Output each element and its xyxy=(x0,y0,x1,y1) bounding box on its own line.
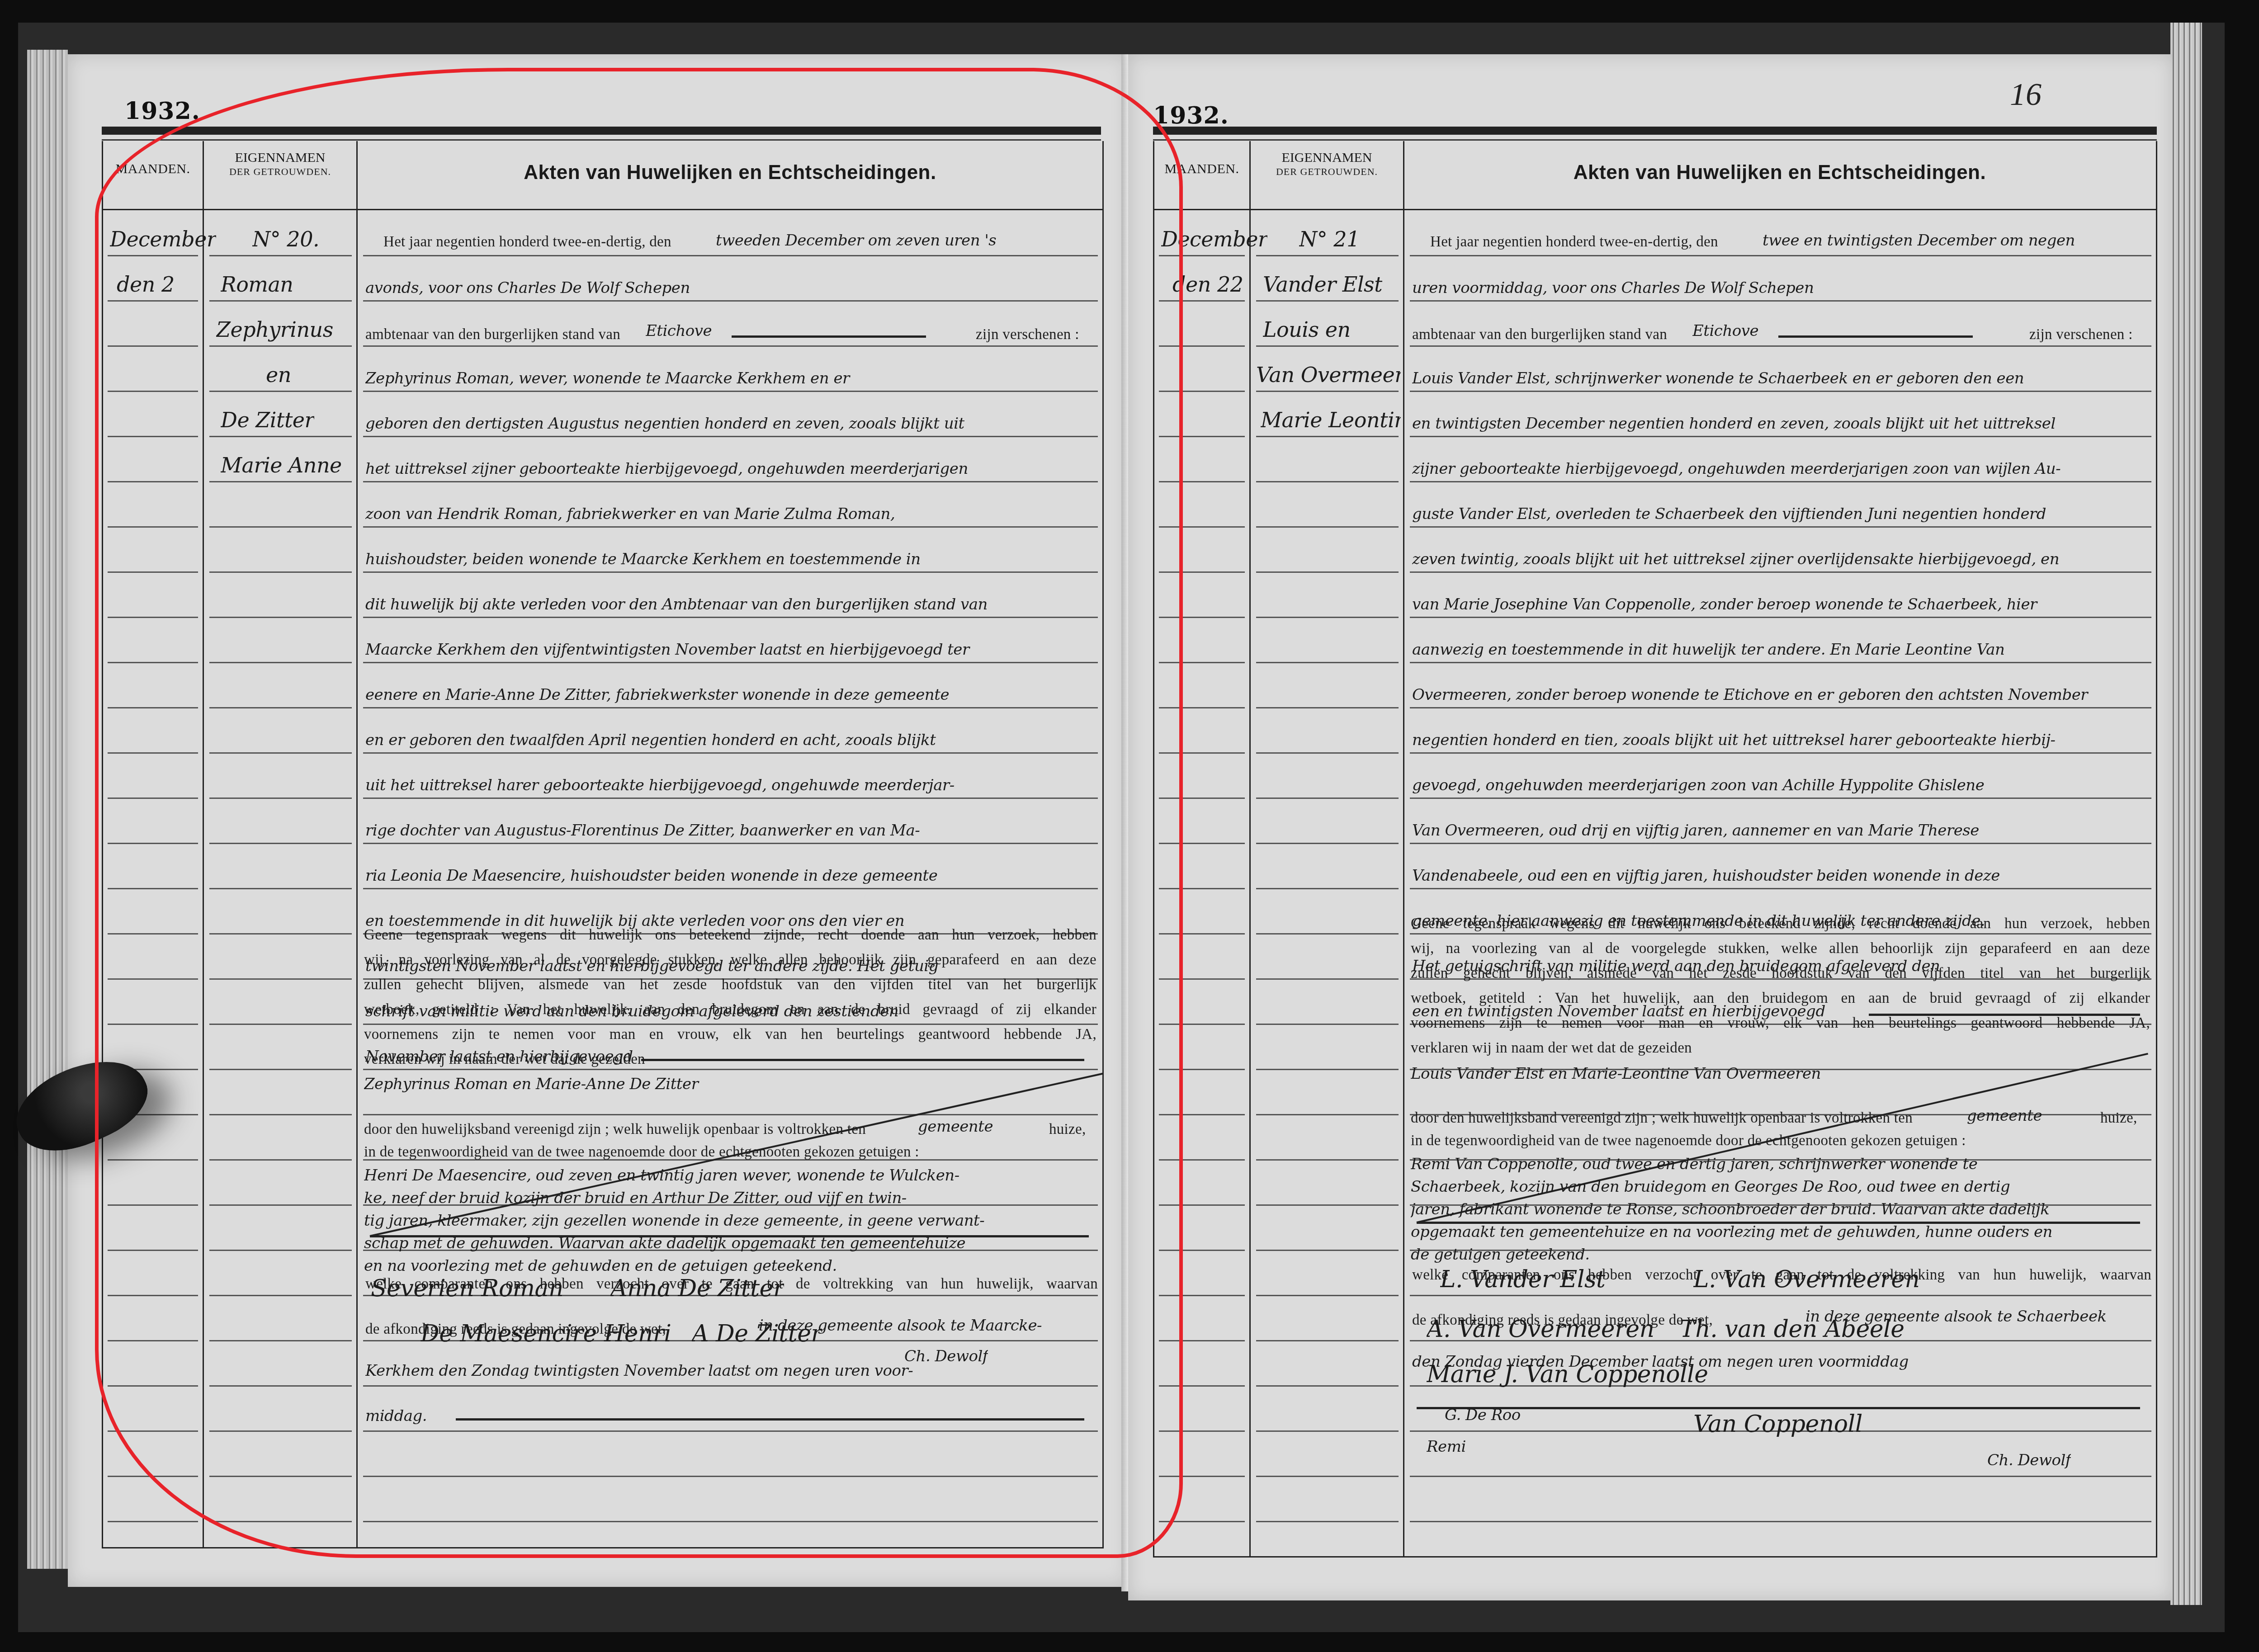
act-opening-text: Het jaar negentien honderd twee-en-derti… xyxy=(1430,234,1718,250)
header-title: Akten van Huwelijken en Echtscheidingen. xyxy=(1404,161,2155,184)
witness-hand: Henri De Maesencire, oud zeven en twinti… xyxy=(364,1166,1096,1185)
signature-officer: Ch. Dewolf xyxy=(904,1347,988,1365)
entry-day: den 2 xyxy=(117,272,175,297)
witness-hand: Remi Van Coppenolle, oud twee en dertig … xyxy=(1411,1155,2150,1173)
publication-hand: Kerkhem den Zondag twintigsten November … xyxy=(365,1362,1098,1380)
act-line-hand: Vandenabeele, oud een en vijftig jaren, … xyxy=(1412,867,2151,885)
act-date-hand: tweeden December om zeven uren 's xyxy=(716,231,1096,250)
act-line-hand: zeven twintig, zooals blijkt uit het uit… xyxy=(1412,550,2151,568)
declaration-text: wetboek, getiteld : Van het huwelijk, aa… xyxy=(364,1001,1096,1018)
ruled-lines-months xyxy=(1159,211,1245,1556)
header-divider xyxy=(1154,209,2156,210)
signature: Marie J. Van Coppenolle xyxy=(1427,1361,1708,1388)
header-rule xyxy=(1153,127,2157,135)
entry-number: N° 20. xyxy=(252,227,319,251)
act-place-hand: Etichove xyxy=(646,322,712,340)
act-line-hand: zoon van Hendrik Roman, fabriekwerker en… xyxy=(365,505,1098,523)
declaration-text: Geene tegenspraak wegens dit huwelijk on… xyxy=(364,927,1096,944)
act-line-hand: geboren den dertigsten Augustus negentie… xyxy=(365,415,1098,433)
page-stack-left xyxy=(27,50,68,1569)
fill-line xyxy=(1417,1407,2140,1409)
page-stack-right xyxy=(2170,23,2202,1605)
bride-firstname: Marie Anne xyxy=(221,453,342,477)
fill-line xyxy=(641,1059,1084,1061)
declaration-text: Geene tegenspraak wegens dit huwelijk on… xyxy=(1411,916,2150,932)
witness-hand: Schaerbeek, kozijn van den bruidegom en … xyxy=(1411,1178,2150,1196)
signature-officer: Ch. Dewolf xyxy=(1987,1451,2071,1469)
act-appeared-text: zijn verschenen : xyxy=(2029,326,2133,343)
signature: L. Vander Elst xyxy=(1440,1266,1605,1293)
column-divider xyxy=(1403,141,1404,1556)
year-label: 1932. xyxy=(1153,102,1229,129)
union-witness-text: in de tegenwoordigheid van de twee nagen… xyxy=(364,1144,919,1161)
union-text: door den huwelijksband vereenigd zijn ; … xyxy=(1411,1110,1913,1127)
act-line-hand: het uittreksel zijner geboorteakte hierb… xyxy=(365,460,1098,478)
entry-month: December xyxy=(1161,227,1267,251)
witness-hand: ke, neef der bruid kozijn der bruid en A… xyxy=(364,1189,1096,1207)
groom-surname: Roman xyxy=(221,272,293,297)
entry-number: N° 21 xyxy=(1299,227,1360,251)
act-line-hand: Overmeeren, zonder beroep wonende te Eti… xyxy=(1412,686,2151,704)
couple-names-hand: Zephyrinus Roman en Marie-Anne De Zitter xyxy=(364,1075,1087,1093)
union-place-hand: gemeente xyxy=(1967,1107,2042,1125)
act-line-hand: negentien honderd en tien, zooals blijkt… xyxy=(1412,731,2151,749)
declaration-text: verklaren wij in naam der wet dat de gez… xyxy=(364,1051,645,1068)
signature: A De Zitter xyxy=(692,1320,822,1347)
act-line-hand: uit het uittreksel harer geboorteakte hi… xyxy=(365,776,1098,794)
right-page: 1932. 16 MAANDEN. EIGENNAMEN DER GETROUW… xyxy=(1128,54,2173,1600)
witness-hand: opgemaakt ten gemeentehuize en na voorle… xyxy=(1411,1223,2150,1241)
signature: G. De Roo xyxy=(1445,1406,1521,1424)
act-line-hand: huishoudster, beiden wonende te Maarcke … xyxy=(365,550,1098,568)
act-date-hand: twee en twintigsten December om negen xyxy=(1763,231,2151,250)
act-place-hand: Etichove xyxy=(1692,322,1758,340)
act-registrar-text: ambtenaar van den burgerlijken stand van xyxy=(365,326,620,343)
declaration-text: wij, na voorlezing van al de voorgelegde… xyxy=(364,952,1096,968)
signature: De Maesencire Henri xyxy=(421,1320,671,1347)
header-divider xyxy=(103,209,1102,210)
year-label: 1932. xyxy=(124,97,200,125)
signature: Th. van den Abeele xyxy=(1680,1316,1905,1343)
header-getrouwden-label: DER GETROUWDEN. xyxy=(1251,166,1403,177)
bride-surname: Van Overmeeren xyxy=(1256,363,1401,387)
signature: Remi xyxy=(1427,1438,1466,1456)
signature: Anna De Zitter xyxy=(610,1275,784,1302)
witness-hand: schap met de gehuwden. Waarvan akte dade… xyxy=(364,1234,1096,1252)
header-eigennamen-label: EIGENNAMEN xyxy=(235,150,326,165)
act-line-hand: guste Vander Elst, overleden te Schaerbe… xyxy=(1412,505,2151,523)
witness-hand: jaren, fabrikant wonende te Ronse, schoo… xyxy=(1411,1200,2150,1218)
entry-month: December xyxy=(110,227,216,251)
union-text: door den huwelijksband vereenigd zijn ; … xyxy=(364,1121,866,1138)
fill-line xyxy=(456,1418,1084,1421)
act-opening-text: Het jaar negentien honderd twee-en-derti… xyxy=(383,234,671,250)
publication-hand: middag. xyxy=(365,1407,427,1425)
signature: Severien Roman xyxy=(371,1275,563,1302)
names-conjunction: en xyxy=(266,363,291,387)
groom-firstname: Louis en xyxy=(1263,317,1351,342)
declaration-text: wij, na voorlezing van al de voorgelegde… xyxy=(1411,940,2150,957)
header-eigennamen: EIGENNAMEN DER GETROUWDEN. xyxy=(1251,150,1403,177)
ruled-lines-months xyxy=(108,211,198,1547)
declaration-text: wetboek, getiteld : Van het huwelijk, aa… xyxy=(1411,990,2150,1007)
act-line-hand: Van Overmeeren, oud drij en vijftig jare… xyxy=(1412,821,2151,840)
couple-names-hand: Louis Vander Elst en Marie-Leontine Van … xyxy=(1411,1065,2134,1083)
act-line-hand: zijner geboorteakte hierbijgevoegd, onge… xyxy=(1412,460,2151,478)
header-maanden: MAANDEN. xyxy=(1154,161,1249,177)
signature: L. Van Overmeeren xyxy=(1693,1266,1920,1293)
signature: A. Van Overmeeren xyxy=(1427,1316,1654,1343)
declaration-text: verklaren wij in naam der wet dat de gez… xyxy=(1411,1040,1692,1057)
declaration-text: voornemens zijn te nemen voor man en vro… xyxy=(364,1026,1096,1043)
act-line-hand: en er geboren den twaalfden April negent… xyxy=(365,731,1098,749)
header-eigennamen: EIGENNAMEN DER GETROUWDEN. xyxy=(204,150,356,177)
act-line-hand: gevoegd, ongehuwden meerderjarigen zoon … xyxy=(1412,776,2151,794)
act-line-hand: en twintigsten December negentien honder… xyxy=(1412,415,2151,433)
union-witness-text: in de tegenwoordigheid van de twee nagen… xyxy=(1411,1133,1966,1149)
act-appeared-text: zijn verschenen : xyxy=(976,326,1079,343)
act-registrar-text: ambtenaar van den burgerlijken stand van xyxy=(1412,326,1667,343)
bride-firstname: Marie Leontine xyxy=(1261,408,1401,432)
act-line-hand: eenere en Marie-Anne De Zitter, fabriekw… xyxy=(365,686,1098,704)
header-title: Akten van Huwelijken en Echtscheidingen. xyxy=(358,161,1102,184)
groom-surname: Vander Elst xyxy=(1263,272,1382,297)
act-line-hand: aanwezig en toestemmende in dit huwelijk… xyxy=(1412,641,2151,659)
act-officer-hand: avonds, voor ons Charles De Wolf Schepen xyxy=(365,279,1089,297)
signature: Van Coppenoll xyxy=(1693,1411,1862,1438)
left-page: 1932. MAANDEN. EIGENNAMEN DER GETROUWDEN… xyxy=(68,54,1128,1587)
act-line-hand: van Marie Josephine Van Coppenolle, zond… xyxy=(1412,595,2151,614)
column-divider xyxy=(1249,141,1251,1556)
witness-hand: en na voorlezing met de gehuwden en de g… xyxy=(364,1257,1096,1275)
union-text-end: huize, xyxy=(1049,1121,1086,1138)
declaration-text: voornemens zijn te nemen voor man en vro… xyxy=(1411,1015,2150,1032)
column-divider xyxy=(356,141,358,1547)
header-rule xyxy=(102,127,1101,135)
act-line-hand: rige dochter van Augustus-Florentinus De… xyxy=(365,821,1098,840)
register-grid: MAANDEN. EIGENNAMEN DER GETROUWDEN. Akte… xyxy=(1153,141,2157,1558)
fill-line xyxy=(1778,335,1973,338)
act-line-hand: Maarcke Kerkhem den vijfentwintigsten No… xyxy=(365,641,1098,659)
witness-hand: tig jaren, kleermaker, zijn gezellen won… xyxy=(364,1212,1096,1230)
act-officer-hand: uren voormiddag, voor ons Charles De Wol… xyxy=(1412,279,2149,297)
entry-day: den 22 xyxy=(1172,272,1243,297)
act-line-hand: Louis Vander Elst, schrijnwerker wonende… xyxy=(1412,369,2151,387)
folio-number: 16 xyxy=(2010,77,2042,113)
column-divider xyxy=(203,141,204,1547)
act-line-hand: Zephyrinus Roman, wever, wonende te Maar… xyxy=(365,369,1098,387)
act-line-hand: dit huwelijk bij akte verleden voor den … xyxy=(365,595,1098,614)
header-getrouwden-label: DER GETROUWDEN. xyxy=(204,166,356,177)
groom-firstname: Zephyrinus xyxy=(216,317,333,342)
witness-hand: de getuigen geteekend. xyxy=(1411,1246,1590,1264)
fill-line xyxy=(732,335,926,338)
declaration-text: zullen gehecht blijven, alsmede van het … xyxy=(1411,965,2150,982)
header-maanden: MAANDEN. xyxy=(103,161,203,177)
declaration-text: zullen gehecht blijven, alsmede van het … xyxy=(364,977,1096,993)
bride-surname: De Zitter xyxy=(221,408,314,432)
header-eigennamen-label: EIGENNAMEN xyxy=(1282,150,1372,165)
union-text-end: huize, xyxy=(2100,1110,2137,1127)
act-line-hand: ria Leonia De Maesencire, huishoudster b… xyxy=(365,867,1098,885)
union-place-hand: gemeente xyxy=(918,1118,993,1136)
